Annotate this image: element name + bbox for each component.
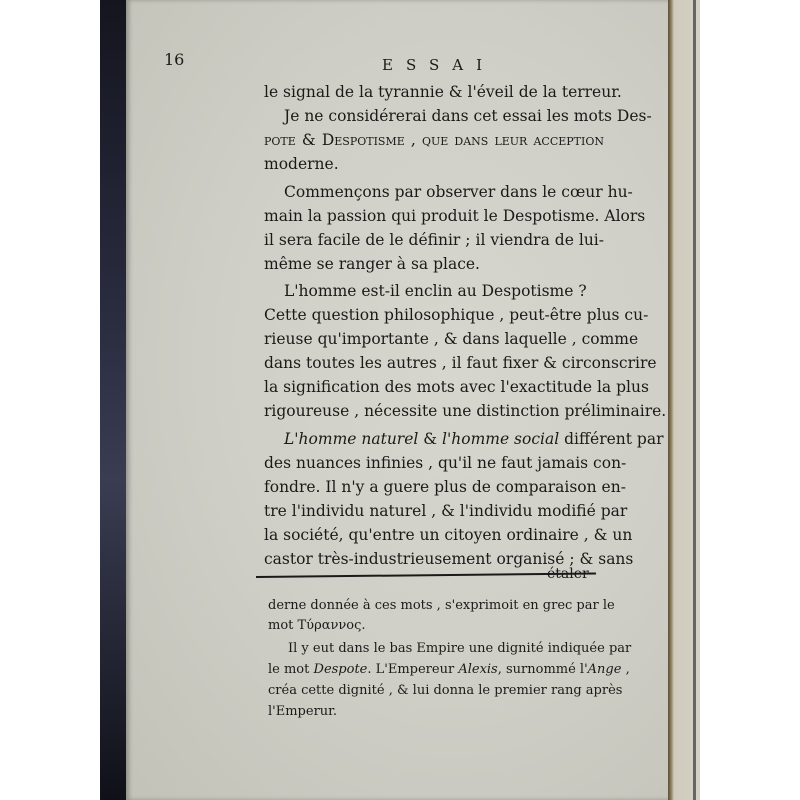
text-line: tre l'individu naturel , & l'individu mo… [264, 502, 604, 520]
text-fragment: . L'Empereur [367, 662, 454, 677]
text-fragment: , surnommé l' [498, 662, 588, 677]
text-line: même se ranger à sa place. [264, 255, 480, 273]
text-line: L'homme est-il enclin au Despotisme ? [264, 282, 587, 300]
text-fragment: le mot [268, 662, 309, 677]
text-line: L'homme naturel & l'homme social différe… [264, 430, 604, 448]
footnote-line: créa cette dignité , & lui donna le prem… [268, 683, 610, 698]
text-line: Commençons par observer dans le cœur hu- [264, 183, 604, 201]
footnote-line: derne donnée à ces mots , s'exprimoit en… [268, 598, 610, 613]
italic-phrase: L'homme naturel [284, 430, 418, 448]
text-line: main la passion qui produit le Despotism… [264, 207, 604, 225]
text-line: Cette question philosophique , peut-être… [264, 306, 604, 324]
text-line: rieuse qu'importante , & dans laquelle ,… [264, 330, 604, 348]
text-line: moderne. [264, 155, 339, 173]
footnote-line: Il y eut dans le bas Empire une dignité … [268, 641, 610, 656]
text-line: Je ne considérerai dans cet essai les mo… [264, 107, 604, 125]
italic-phrase: l'homme social [442, 430, 559, 448]
text-line: le signal de la tyrannie & l'éveil de la… [264, 83, 604, 101]
text-line: pote & Despotisme , que dans leur accept… [264, 131, 604, 149]
text-fragment: différent par [564, 430, 663, 448]
text-fragment: , [621, 662, 629, 677]
ampersand: & [423, 430, 437, 448]
italic-word: Ange [588, 662, 622, 677]
book-spine-shadow [100, 0, 127, 800]
text-line: la société, qu'entre un citoyen ordinair… [264, 526, 604, 544]
text-line: rigoureuse , nécessite une distinction p… [264, 402, 604, 420]
page-edge-shadow [693, 0, 696, 800]
text-line: il sera facile de le définir ; il viendr… [264, 231, 604, 249]
running-head: ESSAI [382, 56, 495, 74]
italic-word: Despote [314, 662, 368, 677]
footnote-line: mot Τύραννος. [268, 618, 366, 633]
text-line: des nuances infinies , qu'il ne faut jam… [264, 454, 604, 472]
footnote-line: le mot Despote. L'Empereur Alexis, surno… [268, 662, 630, 677]
text-line: dans toutes les autres , il faut fixer &… [264, 354, 604, 372]
italic-word: Alexis [458, 662, 497, 677]
text-line: la signification des mots avec l'exactit… [264, 378, 604, 396]
footnote-line: l'Emperur. [268, 704, 337, 719]
page-number: 16 [164, 50, 184, 69]
text-line: fondre. Il n'y a guere plus de comparais… [264, 478, 604, 496]
